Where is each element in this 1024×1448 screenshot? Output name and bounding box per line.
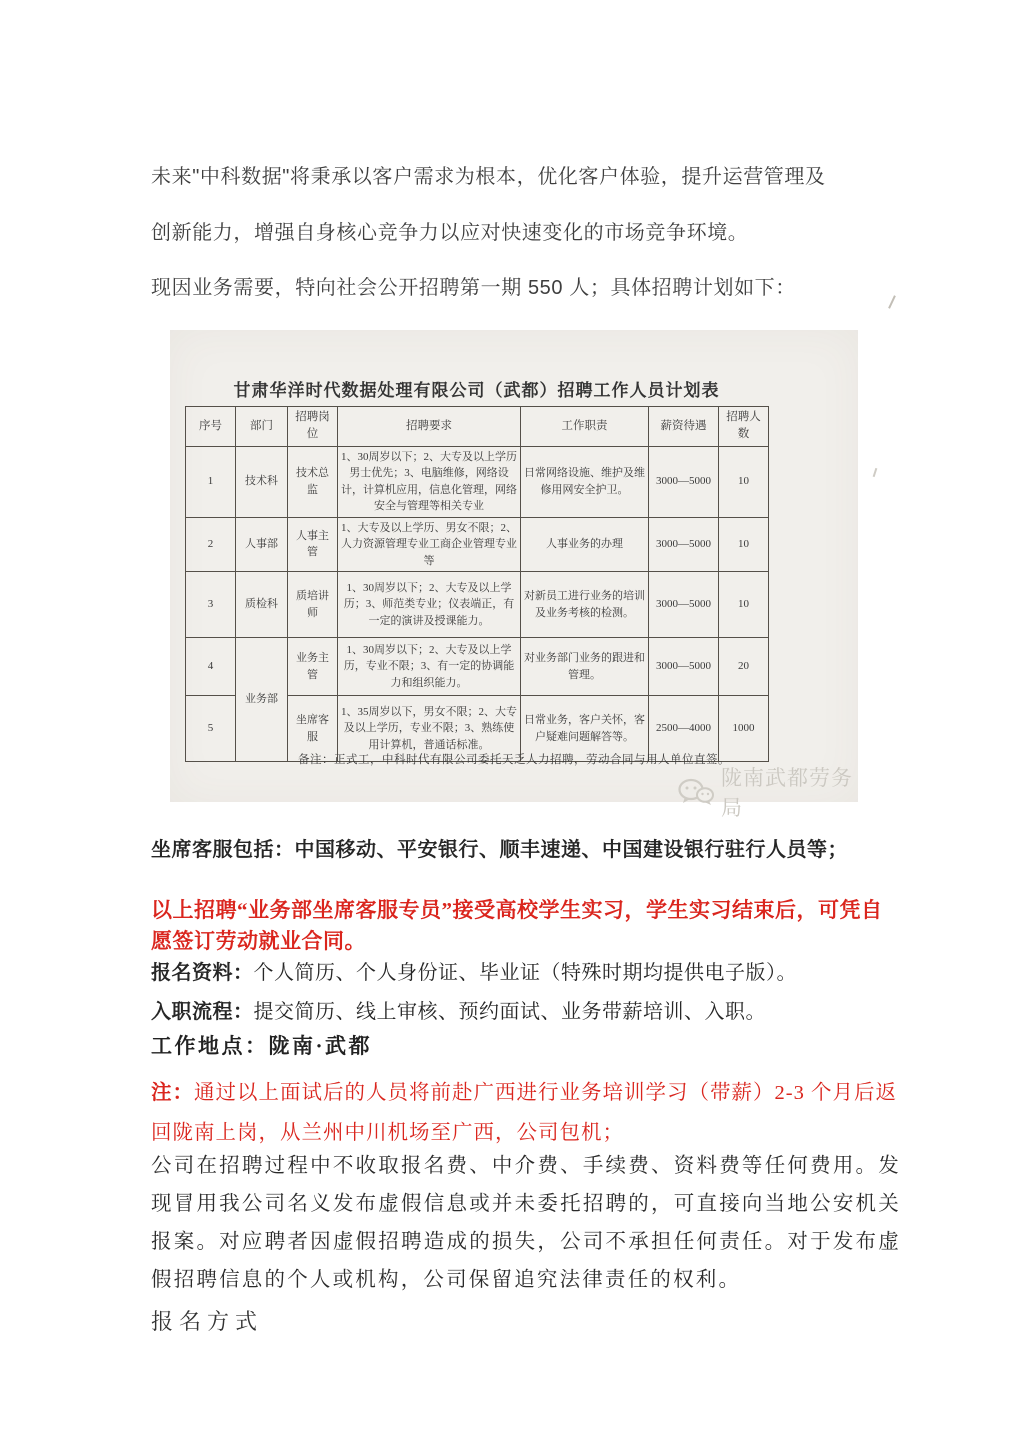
header-salary: 薪资待遇 bbox=[649, 407, 719, 447]
cell-count: 10 bbox=[719, 572, 769, 638]
table-header-row: 序号 部门 招聘岗位 招聘要求 工作职责 薪资待遇 招聘人数 bbox=[186, 407, 769, 447]
materials-text: 个人简历、个人身份证、毕业证（特殊时期均提供电子版）。 bbox=[254, 962, 798, 984]
materials-label: 报名资料： bbox=[151, 962, 254, 984]
intro-paragraph-1: 未来"中科数据"将秉承以客户需求为根本，优化客户体验，提升运营管理及 bbox=[151, 160, 826, 189]
table-footnote: 备注：正式工，中科时代有限公司委托天乏人力招聘，劳动合同与用人单位直签。 bbox=[298, 751, 730, 767]
table-row: 1 技术科 技术总监 1、30周岁以下；2、大专及以上学历男士优先；3、电脑维修… bbox=[186, 446, 769, 517]
cell-duties: 日常网络设施、维护及维修用网安全护卫。 bbox=[521, 446, 649, 517]
scan-artifact bbox=[873, 468, 878, 477]
work-location: 工作地点：陇南·武都 bbox=[151, 1030, 372, 1060]
cell-requirements: 1、30周岁以下；2、大专及以上学历；3、师范类专业；仪表端正，有一定的演讲及授… bbox=[338, 572, 521, 638]
cell-seq: 3 bbox=[186, 572, 236, 638]
scan-artifact bbox=[888, 295, 896, 309]
red-note-text: 通过以上面试后的人员将前赴广西进行业务培训学习（带薪）2-3 个月后返回陇南上岗… bbox=[151, 1082, 897, 1144]
cell-dept: 技术科 bbox=[236, 446, 288, 517]
watermark-text: 陇南武都劳务局 bbox=[721, 762, 858, 822]
header-dept: 部门 bbox=[236, 407, 288, 447]
cell-salary: 3000—5000 bbox=[649, 638, 719, 696]
process-text: 提交简历、线上审核、预约面试、业务带薪培训、入职。 bbox=[254, 1001, 767, 1023]
cell-position: 质培讲师 bbox=[288, 572, 338, 638]
header-count: 招聘人数 bbox=[719, 407, 769, 447]
wechat-icon bbox=[678, 778, 714, 806]
cell-salary: 3000—5000 bbox=[649, 572, 719, 638]
red-notice: 以上招聘“业务部坐席客服专员”接受高校学生实习，学生实习结束后，可凭自愿签订劳动… bbox=[151, 895, 901, 957]
cell-duties: 对新员工进行业务的培训及业务考核的检测。 bbox=[521, 572, 649, 638]
cell-dept-merged: 业务部 bbox=[236, 638, 288, 762]
cell-seq: 4 bbox=[186, 638, 236, 696]
intro-paragraph-2: 创新能力，增强自身核心竞争力以应对快速变化的市场竞争环境。 bbox=[151, 216, 748, 245]
header-duties: 工作职责 bbox=[521, 407, 649, 447]
table-title: 甘肃华洋时代数据处理有限公司（武都）招聘工作人员计划表 bbox=[185, 376, 768, 401]
table-row: 4 业务部 业务主管 1、30周岁以下；2、大专及以上学历，专业不限；3、有一定… bbox=[186, 638, 769, 696]
table-row: 2 人事部 人事主管 1、大专及以上学历、男女不限；2、人力资源管理专业工商企业… bbox=[186, 517, 769, 572]
cell-salary: 3000—5000 bbox=[649, 517, 719, 572]
intro-paragraph-3: 现因业务需要，特向社会公开招聘第一期 550 人；具体招聘计划如下： bbox=[151, 271, 796, 300]
cell-duties: 对业务部门业务的跟进和管理。 bbox=[521, 638, 649, 696]
process-line: 入职流程：提交简历、线上审核、预约面试、业务带薪培训、入职。 bbox=[151, 995, 766, 1024]
red-note: 注：通过以上面试后的人员将前赴广西进行业务培训学习（带薪）2-3 个月后返回陇南… bbox=[151, 1073, 903, 1153]
table-row: 3 质检科 质培讲师 1、30周岁以下；2、大专及以上学历；3、师范类专业；仪表… bbox=[186, 572, 769, 638]
cell-position: 技术总监 bbox=[288, 446, 338, 517]
seat-service-line: 坐席客服包括：中国移动、平安银行、顺丰速递、中国建设银行驻行人员等； bbox=[151, 835, 895, 866]
red-note-label: 注： bbox=[151, 1082, 194, 1104]
apply-method-heading: 报名方式 bbox=[151, 1305, 263, 1336]
cell-count: 20 bbox=[719, 638, 769, 696]
cell-duties: 人事业务的办理 bbox=[521, 517, 649, 572]
fee-disclaimer: 公司在招聘过程中不收取报名费、中介费、手续费、资料费等任何费用。发现冒用我公司名… bbox=[151, 1147, 901, 1299]
cell-count: 10 bbox=[719, 517, 769, 572]
cell-dept: 人事部 bbox=[236, 517, 288, 572]
cell-seq: 2 bbox=[186, 517, 236, 572]
header-seq: 序号 bbox=[186, 407, 236, 447]
cell-requirements: 1、30周岁以下；2、大专及以上学历，专业不限；3、有一定的协调能力和组织能力。 bbox=[338, 638, 521, 696]
cell-seq: 1 bbox=[186, 446, 236, 517]
cell-requirements: 1、大专及以上学历、男女不限；2、人力资源管理专业工商企业管理专业等 bbox=[338, 517, 521, 572]
cell-position: 人事主管 bbox=[288, 517, 338, 572]
cell-seq: 5 bbox=[186, 696, 236, 762]
header-position: 招聘岗位 bbox=[288, 407, 338, 447]
cell-salary: 3000—5000 bbox=[649, 446, 719, 517]
recruitment-table: 序号 部门 招聘岗位 招聘要求 工作职责 薪资待遇 招聘人数 1 技术科 技术总… bbox=[185, 406, 769, 762]
header-requirements: 招聘要求 bbox=[338, 407, 521, 447]
cell-count: 10 bbox=[719, 446, 769, 517]
materials-line: 报名资料：个人简历、个人身份证、毕业证（特殊时期均提供电子版）。 bbox=[151, 956, 797, 985]
document-page: 未来"中科数据"将秉承以客户需求为根本，优化客户体验，提升运营管理及 创新能力，… bbox=[0, 0, 1024, 1448]
cell-position: 业务主管 bbox=[288, 638, 338, 696]
cell-dept: 质检科 bbox=[236, 572, 288, 638]
process-label: 入职流程： bbox=[151, 1001, 254, 1023]
recruitment-plan-scan: 甘肃华洋时代数据处理有限公司（武都）招聘工作人员计划表 序号 部门 招聘岗位 招… bbox=[170, 330, 858, 802]
cell-requirements: 1、30周岁以下；2、大专及以上学历男士优先；3、电脑维修，网络设计，计算机应用… bbox=[338, 446, 521, 517]
watermark: 陇南武都劳务局 bbox=[678, 762, 858, 822]
